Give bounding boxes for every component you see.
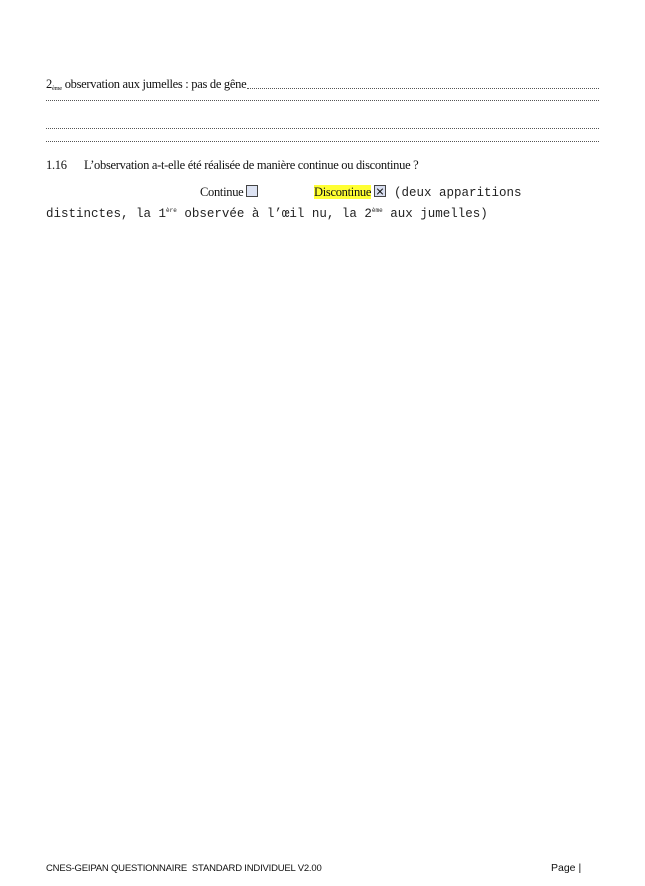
ordinal-suffix: ème	[52, 85, 62, 92]
dotted-line	[46, 128, 599, 129]
dotted-fill	[247, 88, 599, 89]
continue-checkbox[interactable]	[246, 185, 258, 197]
continue-label: Continue	[200, 185, 243, 199]
discontinue-checkbox[interactable]	[374, 185, 386, 197]
discontinue-label: Discontinue	[314, 185, 371, 199]
binocular-observation-line: 2ème observation aux jumelles : pas de g…	[46, 77, 599, 92]
dotted-line	[46, 100, 599, 101]
footer-page-number: Page |	[551, 862, 581, 874]
note-sup: ème	[372, 207, 383, 214]
question-text: L’observation a-t-elle été réalisée de m…	[84, 158, 418, 172]
note-text: distinctes, la 1	[46, 207, 166, 221]
binocular-observation-text: observation aux jumelles : pas de gêne	[62, 77, 246, 92]
note-line-2: distinctes, la 1ère observée à l’œil nu,…	[46, 202, 488, 223]
footer-document-title: CNES-GEIPAN QUESTIONNAIRE STANDARD INDIV…	[46, 863, 322, 874]
dotted-line	[46, 141, 599, 142]
question-1-16: 1.16L’observation a-t-elle été réalisée …	[46, 158, 599, 173]
note-text: observée à l’œil nu, la 2	[177, 207, 372, 221]
option-discontinue[interactable]: Discontinue	[314, 184, 386, 201]
note-text: aux jumelles)	[383, 207, 488, 221]
note-line-1: (deux apparitions	[394, 185, 522, 202]
option-continue[interactable]: Continue	[200, 184, 258, 201]
note-sup: ère	[166, 207, 177, 214]
question-number: 1.16	[46, 158, 84, 173]
